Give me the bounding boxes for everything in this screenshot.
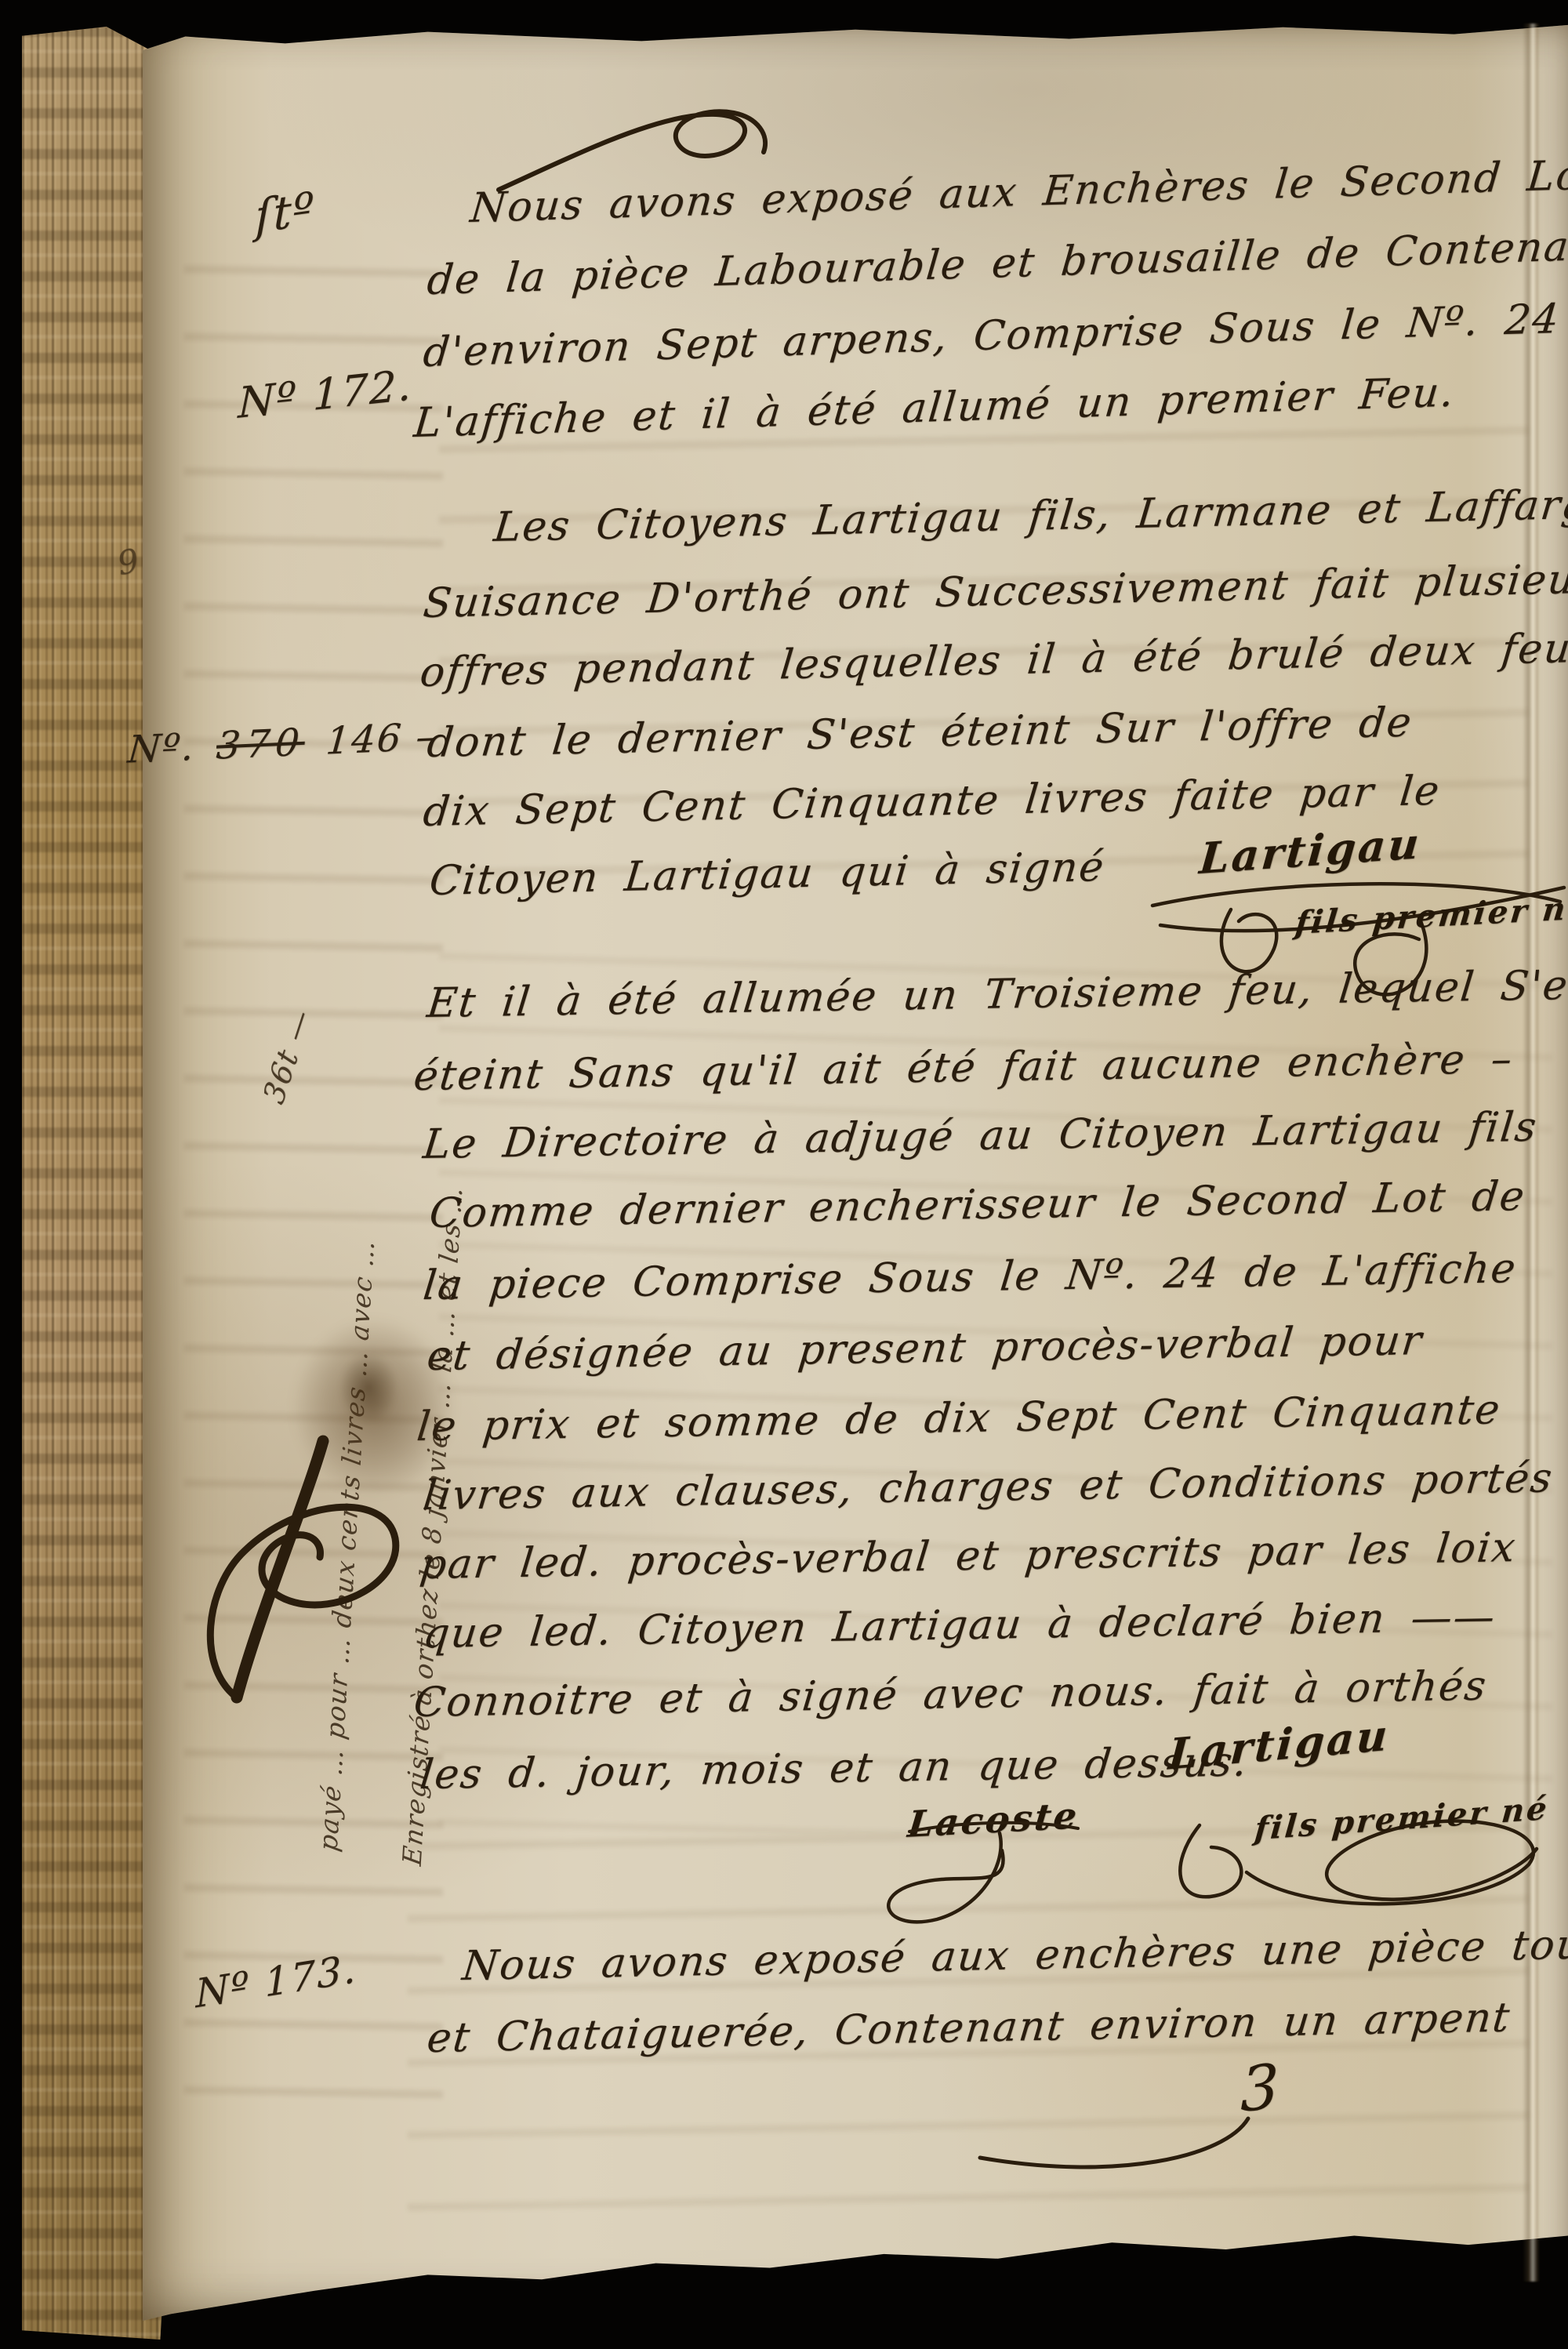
signature-flourish-lacoste (862, 1817, 1082, 1951)
manuscript-scan: ſtº Nº 172. 9 Nº. 370 146 – 36t — payé …… (0, 0, 1568, 2349)
page-number-tail-flourish (972, 2086, 1262, 2187)
renvoi-prefix: Nº. (126, 725, 197, 772)
renvoi-struck-number: 370 (215, 721, 307, 768)
renvoi-value: 146 – (325, 714, 438, 763)
margin-folio-mark: ſtº (255, 185, 315, 239)
notarial-paraph-flourish (188, 1435, 416, 1748)
